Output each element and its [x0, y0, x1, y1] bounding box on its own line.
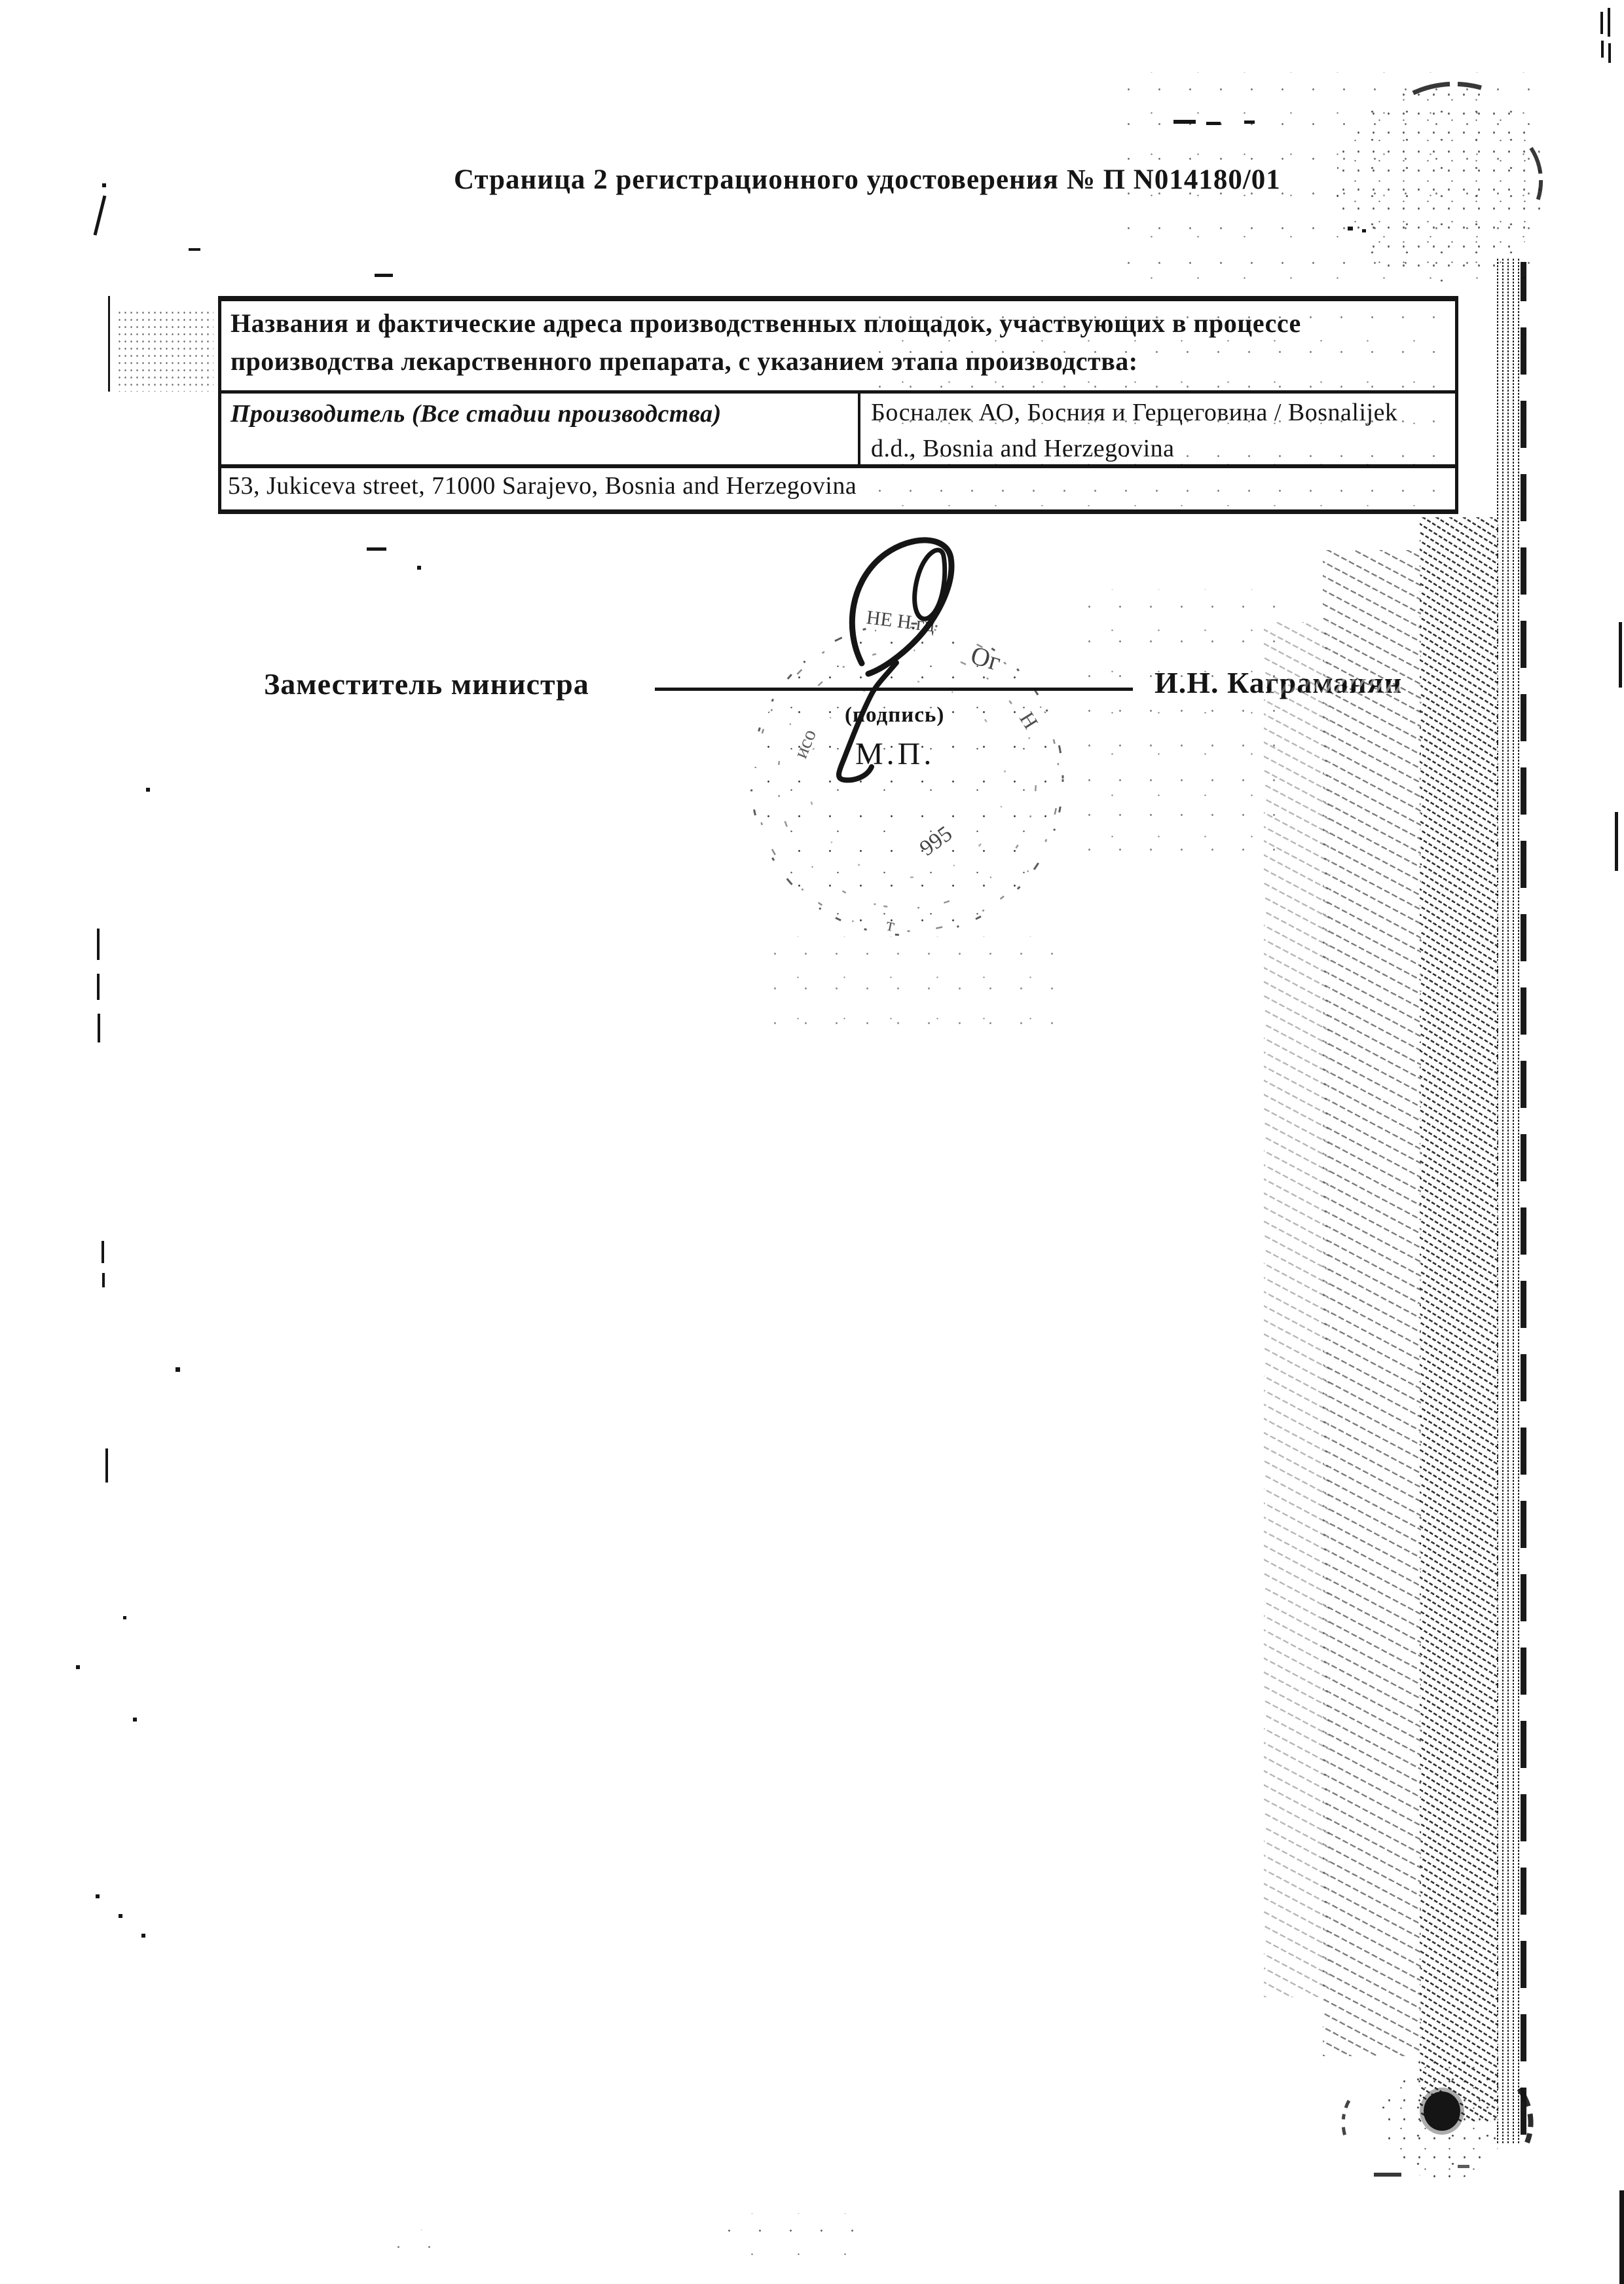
scan-noise-table-area	[864, 300, 1447, 506]
margin-dot	[96, 1894, 100, 1898]
corner-tick	[1601, 41, 1604, 58]
corner-tick	[1600, 12, 1603, 34]
margin-mark	[94, 195, 107, 235]
margin-dot	[119, 1914, 122, 1918]
margin-dot	[141, 1934, 145, 1938]
faint-stamp-top-right	[1336, 85, 1545, 282]
stray-dash	[1206, 122, 1221, 125]
scan-noise-edge-bar	[1619, 622, 1622, 688]
scan-noise-edge-bar	[1615, 812, 1618, 871]
official-seal-speckle	[753, 625, 1061, 933]
margin-dot	[76, 1665, 80, 1669]
scan-noise-edge-bar	[1619, 2190, 1624, 2284]
margin-mark	[97, 929, 100, 960]
margin-dot	[146, 788, 150, 792]
margin-mark	[108, 296, 110, 392]
margin-mark	[98, 1014, 100, 1042]
margin-mark	[97, 974, 100, 1000]
stray-dash	[1173, 120, 1196, 124]
stray-dot	[1362, 229, 1366, 232]
margin-dot	[175, 1367, 180, 1372]
scanned-certificate-page: Страница 2 регистрационного удостоверени…	[0, 0, 1624, 2284]
signer-role-label: Заместитель министра	[264, 667, 589, 701]
scan-noise-diagonal-band	[1420, 517, 1498, 2122]
stray-dash	[375, 274, 393, 277]
margin-mark	[102, 1273, 105, 1287]
corner-tick	[1608, 8, 1610, 37]
margin-dot	[123, 1616, 126, 1619]
stray-dot	[1348, 227, 1353, 230]
margin-mark	[102, 183, 106, 187]
scan-noise-bottom-strip	[714, 2213, 858, 2259]
scan-noise-vertical-bar	[1521, 262, 1526, 2135]
stray-dash	[367, 547, 386, 551]
stray-dash	[189, 248, 200, 251]
scan-noise-bottom-right-halo	[1382, 2053, 1506, 2181]
margin-mark	[101, 1241, 104, 1263]
scan-noise-bottom-strip	[383, 2230, 445, 2257]
corner-tick	[1608, 43, 1611, 63]
producer-label-cell: Производитель (Все стадии производства)	[231, 399, 722, 428]
scan-noise-diagonal-sparse	[1323, 550, 1421, 2056]
table-column-divider	[858, 394, 860, 464]
margin-mark	[105, 1448, 108, 1483]
scan-noise-left-cluster	[117, 309, 213, 392]
scan-noise-below-seal	[760, 936, 1074, 1041]
scan-noise-dot-columns	[1497, 259, 1522, 2145]
scan-noise-signature-right	[1074, 589, 1283, 864]
address-cell: 53, Jukiceva street, 71000 Sarajevo, Bos…	[228, 471, 857, 500]
stray-dot	[417, 566, 421, 570]
margin-dot	[133, 1718, 137, 1722]
stray-dash	[1244, 120, 1255, 124]
